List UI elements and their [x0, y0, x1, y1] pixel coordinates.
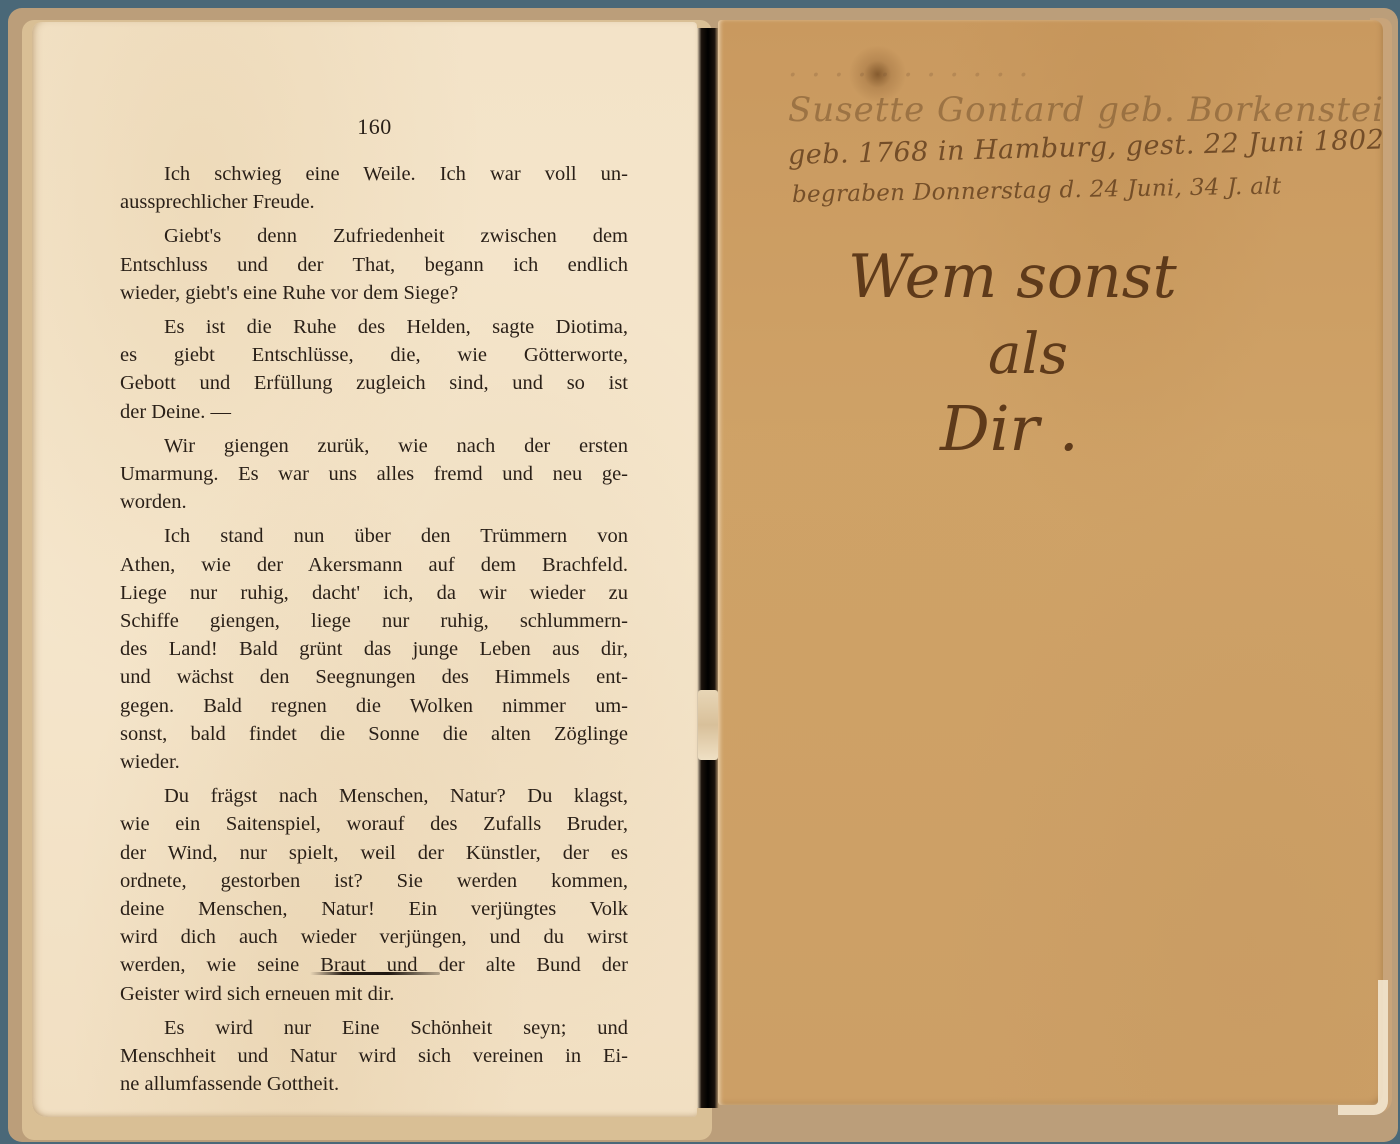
faint-handwriting: · · · · · · · · · · ·	[788, 58, 1030, 93]
paragraph-2: Giebt's denn Zufriedenheit zwischen dem …	[120, 222, 628, 307]
page-number: 160	[32, 114, 697, 140]
text-line: wieder.	[120, 748, 628, 776]
text-line: der Wind, nur spielt, weil der Künstler,…	[120, 839, 628, 867]
text-line: und wächst den Seegnungen des Himmels en…	[120, 663, 628, 691]
text-line: es giebt Entschlüsse, die, wie Götterwor…	[120, 341, 628, 369]
paragraph-3: Es ist die Ruhe des Helden, sagte Diotim…	[120, 313, 628, 426]
text-line: Umarmung. Es war uns alles fremd und neu…	[120, 460, 628, 488]
paragraph-1: Ich schwieg eine Weile. Ich war voll un-…	[120, 160, 628, 216]
end-ornament-rule	[310, 972, 440, 975]
text-line: Liege nur ruhig, dacht' ich, da wir wied…	[120, 579, 628, 607]
text-line: ordnete, gestorben ist? Sie werden komme…	[120, 867, 628, 895]
text-line: sonst, bald findet die Sonne die alten Z…	[120, 720, 628, 748]
paragraph-4: Wir giengen zurük, wie nach der ersten U…	[120, 432, 628, 517]
text-line: Athen, wie der Akersmann auf dem Brachfe…	[120, 551, 628, 579]
right-page-handwritten: · · · · · · · · · · · Susette Gontard ge…	[718, 20, 1383, 1105]
text-line: Es wird nur Eine Schönheit seyn; und	[120, 1014, 628, 1042]
text-line: Ich stand nun über den Trümmern von	[120, 522, 628, 550]
text-line: Giebt's denn Zufriedenheit zwischen dem	[120, 222, 628, 250]
text-line: Es ist die Ruhe des Helden, sagte Diotim…	[120, 313, 628, 341]
text-line: Gebott und Erfüllung zugleich sind, und …	[120, 369, 628, 397]
text-line: deine Menschen, Natur! Ein verjüngtes Vo…	[120, 895, 628, 923]
text-line: ne allumfassende Gottheit.	[120, 1070, 628, 1098]
text-line: Wir giengen zurük, wie nach der ersten	[120, 432, 628, 460]
text-line: werden, wie seine Braut und der alte Bun…	[120, 951, 628, 979]
text-line: Entschluss und der That, begann ich endl…	[120, 251, 628, 279]
text-line: Menschheit und Natur wird sich vereinen …	[120, 1042, 628, 1070]
text-line: wieder, giebt's eine Ruhe vor dem Siege?	[120, 279, 628, 307]
left-page-printed: 160 Ich schwieg eine Weile. Ich war voll…	[32, 22, 697, 1117]
text-line: Ich schwieg eine Weile. Ich war voll un-	[120, 160, 628, 188]
dedication-line-2: als	[988, 322, 1068, 387]
binding-thread	[698, 690, 718, 760]
paragraph-7: Es wird nur Eine Schönheit seyn; und Men…	[120, 1014, 628, 1099]
dedication-line-3: Dir .	[940, 392, 1079, 465]
text-line: des Land! Bald grünt das junge Leben aus…	[120, 635, 628, 663]
text-line: gegen. Bald regnen die Wolken nimmer um-	[120, 692, 628, 720]
text-line: Geister wird sich erneuen mit dir.	[120, 980, 628, 1008]
text-line: wird dich auch wieder verjüngen, und du …	[120, 923, 628, 951]
page-corner-fold	[1338, 980, 1388, 1115]
paragraph-5: Ich stand nun über den Trümmern von Athe…	[120, 522, 628, 776]
handwritten-birth-death: geb. 1768 in Hamburg, gest. 22 Juni 1802…	[788, 124, 1383, 171]
text-line: wie ein Saitenspiel, worauf des Zufalls …	[120, 810, 628, 838]
book-gutter	[697, 28, 719, 1108]
text-line: Du frägst nach Menschen, Natur? Du klags…	[120, 782, 628, 810]
printed-text-block: Ich schwieg eine Weile. Ich war voll un-…	[120, 160, 628, 1105]
handwritten-burial: begraben Donnerstag d. 24 Juni, 34 J. al…	[792, 173, 1282, 208]
text-line: der Deine. —	[120, 398, 628, 426]
dedication-line-1: Wem sonst	[848, 242, 1177, 312]
text-line: Schiffe giengen, liege nur ruhig, schlum…	[120, 607, 628, 635]
handwritten-name: Susette Gontard geb. Borkenstein	[788, 90, 1383, 130]
text-line: aussprechlicher Freude.	[120, 188, 628, 216]
text-line: worden.	[120, 488, 628, 516]
